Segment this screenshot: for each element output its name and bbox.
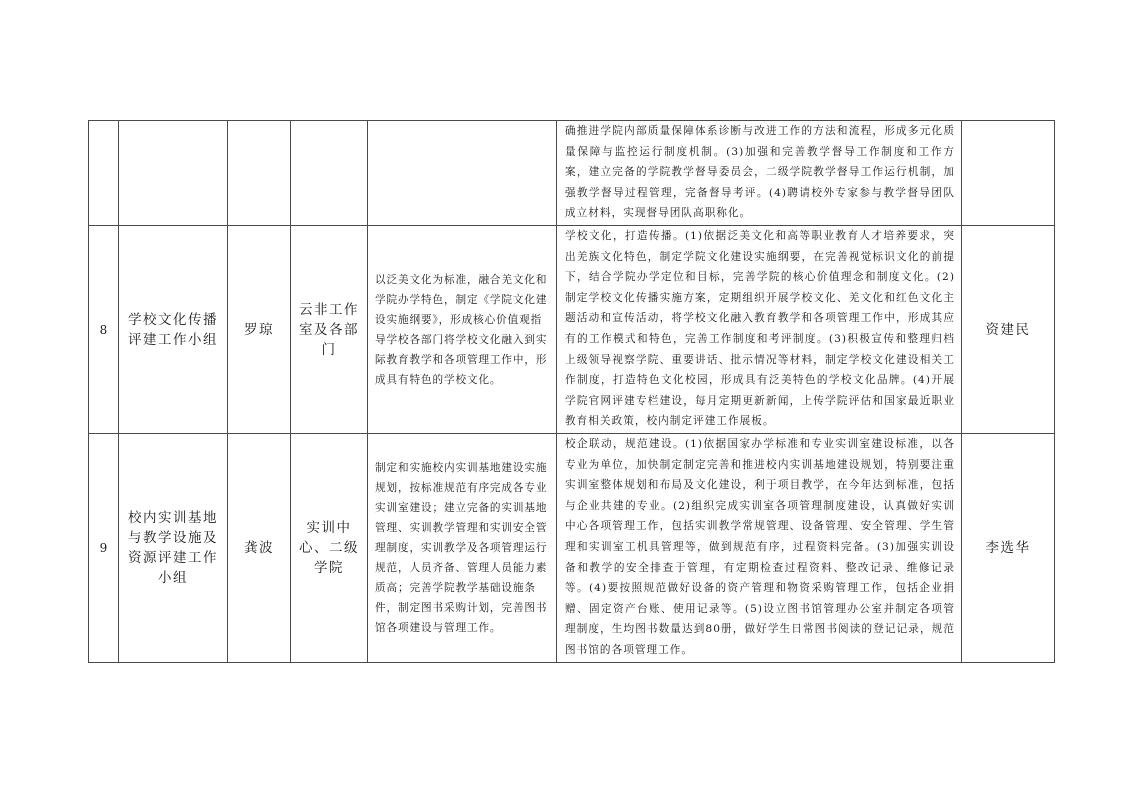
supervisor-name: 李选华 [962, 434, 1055, 663]
group-name: 学校文化传播评建工作小组 [119, 226, 228, 434]
supervisor-name: 资建民 [962, 226, 1055, 434]
table-row: 确推进学院内部质量保障体系诊断与改进工作的方法和流程，形成多元化质量保障与监控运… [89, 121, 1055, 226]
department-text: 实训中心、二级学院 [291, 518, 367, 578]
leader-name: 龚波 [228, 434, 291, 663]
detail-text: 校企联动，规范建设。(1)依据国家办学标准和专业实训室建设标准，以各专业为单位，… [557, 434, 962, 663]
work-group-table: 确推进学院内部质量保障体系诊断与改进工作的方法和流程，形成多元化质量保障与监控运… [88, 120, 1055, 663]
goal-text [368, 121, 557, 226]
group-name [119, 121, 228, 226]
department: 实训中心、二级学院 [291, 434, 368, 663]
supervisor-name [962, 121, 1055, 226]
goal-text: 制定和实施校内实训基地建设实施规划，按标准规范有序完成各专业实训室建设；建立完备… [368, 434, 557, 663]
row-index: 8 [89, 226, 119, 434]
group-name: 校内实训基地与教学设施及资源评建工作小组 [119, 434, 228, 663]
group-name-text: 校内实训基地与教学设施及资源评建工作小组 [119, 508, 227, 588]
table-row: 8 学校文化传播评建工作小组 罗琼 云非工作室及各部门 以泛美文化为标准，融合羌… [89, 226, 1055, 434]
table-row: 9 校内实训基地与教学设施及资源评建工作小组 龚波 实训中心、二级学院 制定和实… [89, 434, 1055, 663]
row-index: 9 [89, 434, 119, 663]
group-name-text: 学校文化传播评建工作小组 [119, 310, 227, 350]
leader-name [228, 121, 291, 226]
department-text: 云非工作室及各部门 [291, 300, 367, 360]
row-index [89, 121, 119, 226]
detail-text: 确推进学院内部质量保障体系诊断与改进工作的方法和流程，形成多元化质量保障与监控运… [557, 121, 962, 226]
document-page: 确推进学院内部质量保障体系诊断与改进工作的方法和流程，形成多元化质量保障与监控运… [0, 0, 1122, 793]
goal-text: 以泛美文化为标准，融合羌文化和学院办学特色，制定《学院文化建设实施纲要》，形成核… [368, 226, 557, 434]
detail-text: 学校文化，打造传播。(1)依据泛美文化和高等职业教育人才培养要求，突出羌族文化特… [557, 226, 962, 434]
department: 云非工作室及各部门 [291, 226, 368, 434]
leader-name: 罗琼 [228, 226, 291, 434]
department [291, 121, 368, 226]
